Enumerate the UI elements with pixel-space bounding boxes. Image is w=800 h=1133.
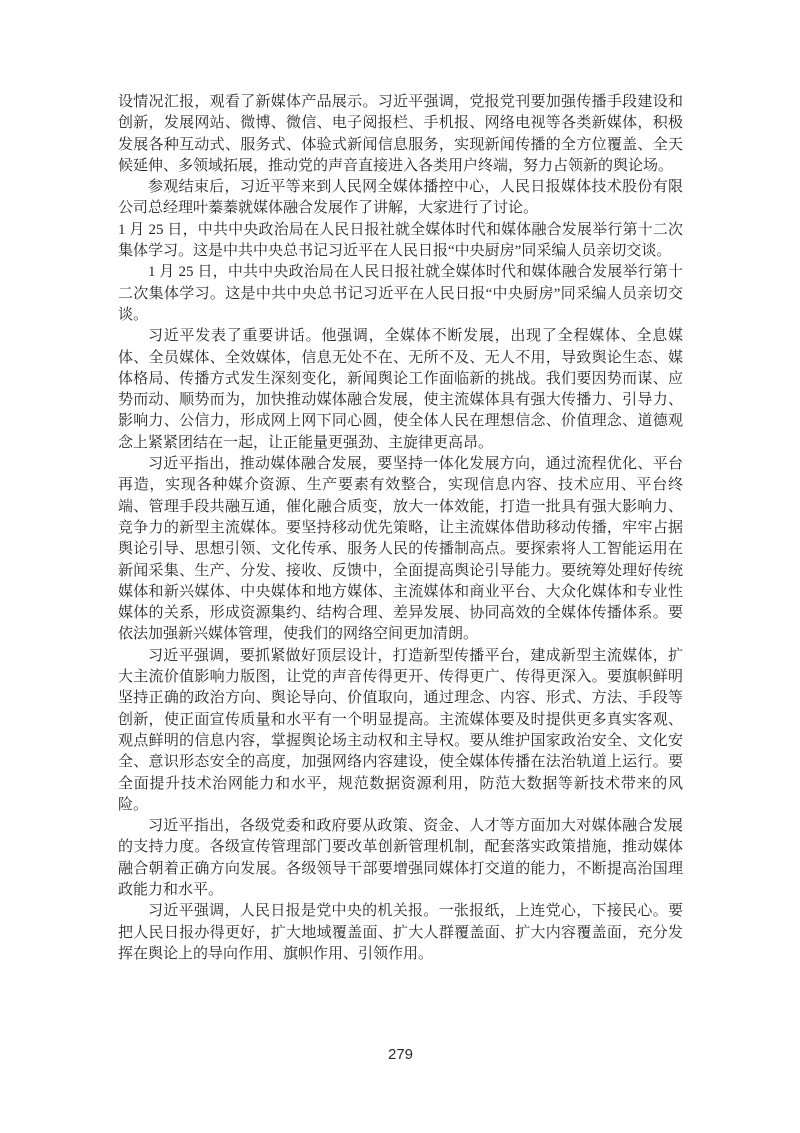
document-body: 设情况汇报，观看了新媒体产品展示。习近平强调，党报党刊要加强传播手段建设和创新，… — [118, 92, 683, 965]
page-number: 279 — [118, 1046, 683, 1064]
paragraph-8: 习近平指出，各级党委和政府要从政策、资金、人才等方面加大对媒体融合发展的支持力度… — [118, 816, 683, 901]
paragraph-1: 设情况汇报，观看了新媒体产品展示。习近平强调，党报党刊要加强传播手段建设和创新，… — [118, 92, 683, 177]
paragraph-2: 参观结束后，习近平等来到人民网全媒体播控中心，人民日报媒体技术股份有限公司总经理… — [118, 177, 683, 220]
paragraph-3: 1 月 25 日，中共中央政治局在人民日报社就全媒体时代和媒体融合发展举行第十二… — [118, 220, 683, 263]
paragraph-7: 习近平强调，要抓紧做好顶层设计，打造新型传播平台，建成新型主流媒体，扩大主流价值… — [118, 646, 683, 816]
document-page: 设情况汇报，观看了新媒体产品展示。习近平强调，党报党刊要加强传播手段建设和创新，… — [0, 0, 800, 1133]
paragraph-5: 习近平发表了重要讲话。他强调，全媒体不断发展，出现了全程媒体、全息媒体、全员媒体… — [118, 326, 683, 454]
paragraph-4: 1 月 25 日，中共中央政治局在人民日报社就全媒体时代和媒体融合发展举行第十二… — [118, 262, 683, 326]
paragraph-9: 习近平强调，人民日报是党中央的机关报。一张报纸，上连党心，下接民心。要把人民日报… — [118, 901, 683, 965]
paragraph-6: 习近平指出，推动媒体融合发展，要坚持一体化发展方向，通过流程优化、平台再造，实现… — [118, 454, 683, 646]
